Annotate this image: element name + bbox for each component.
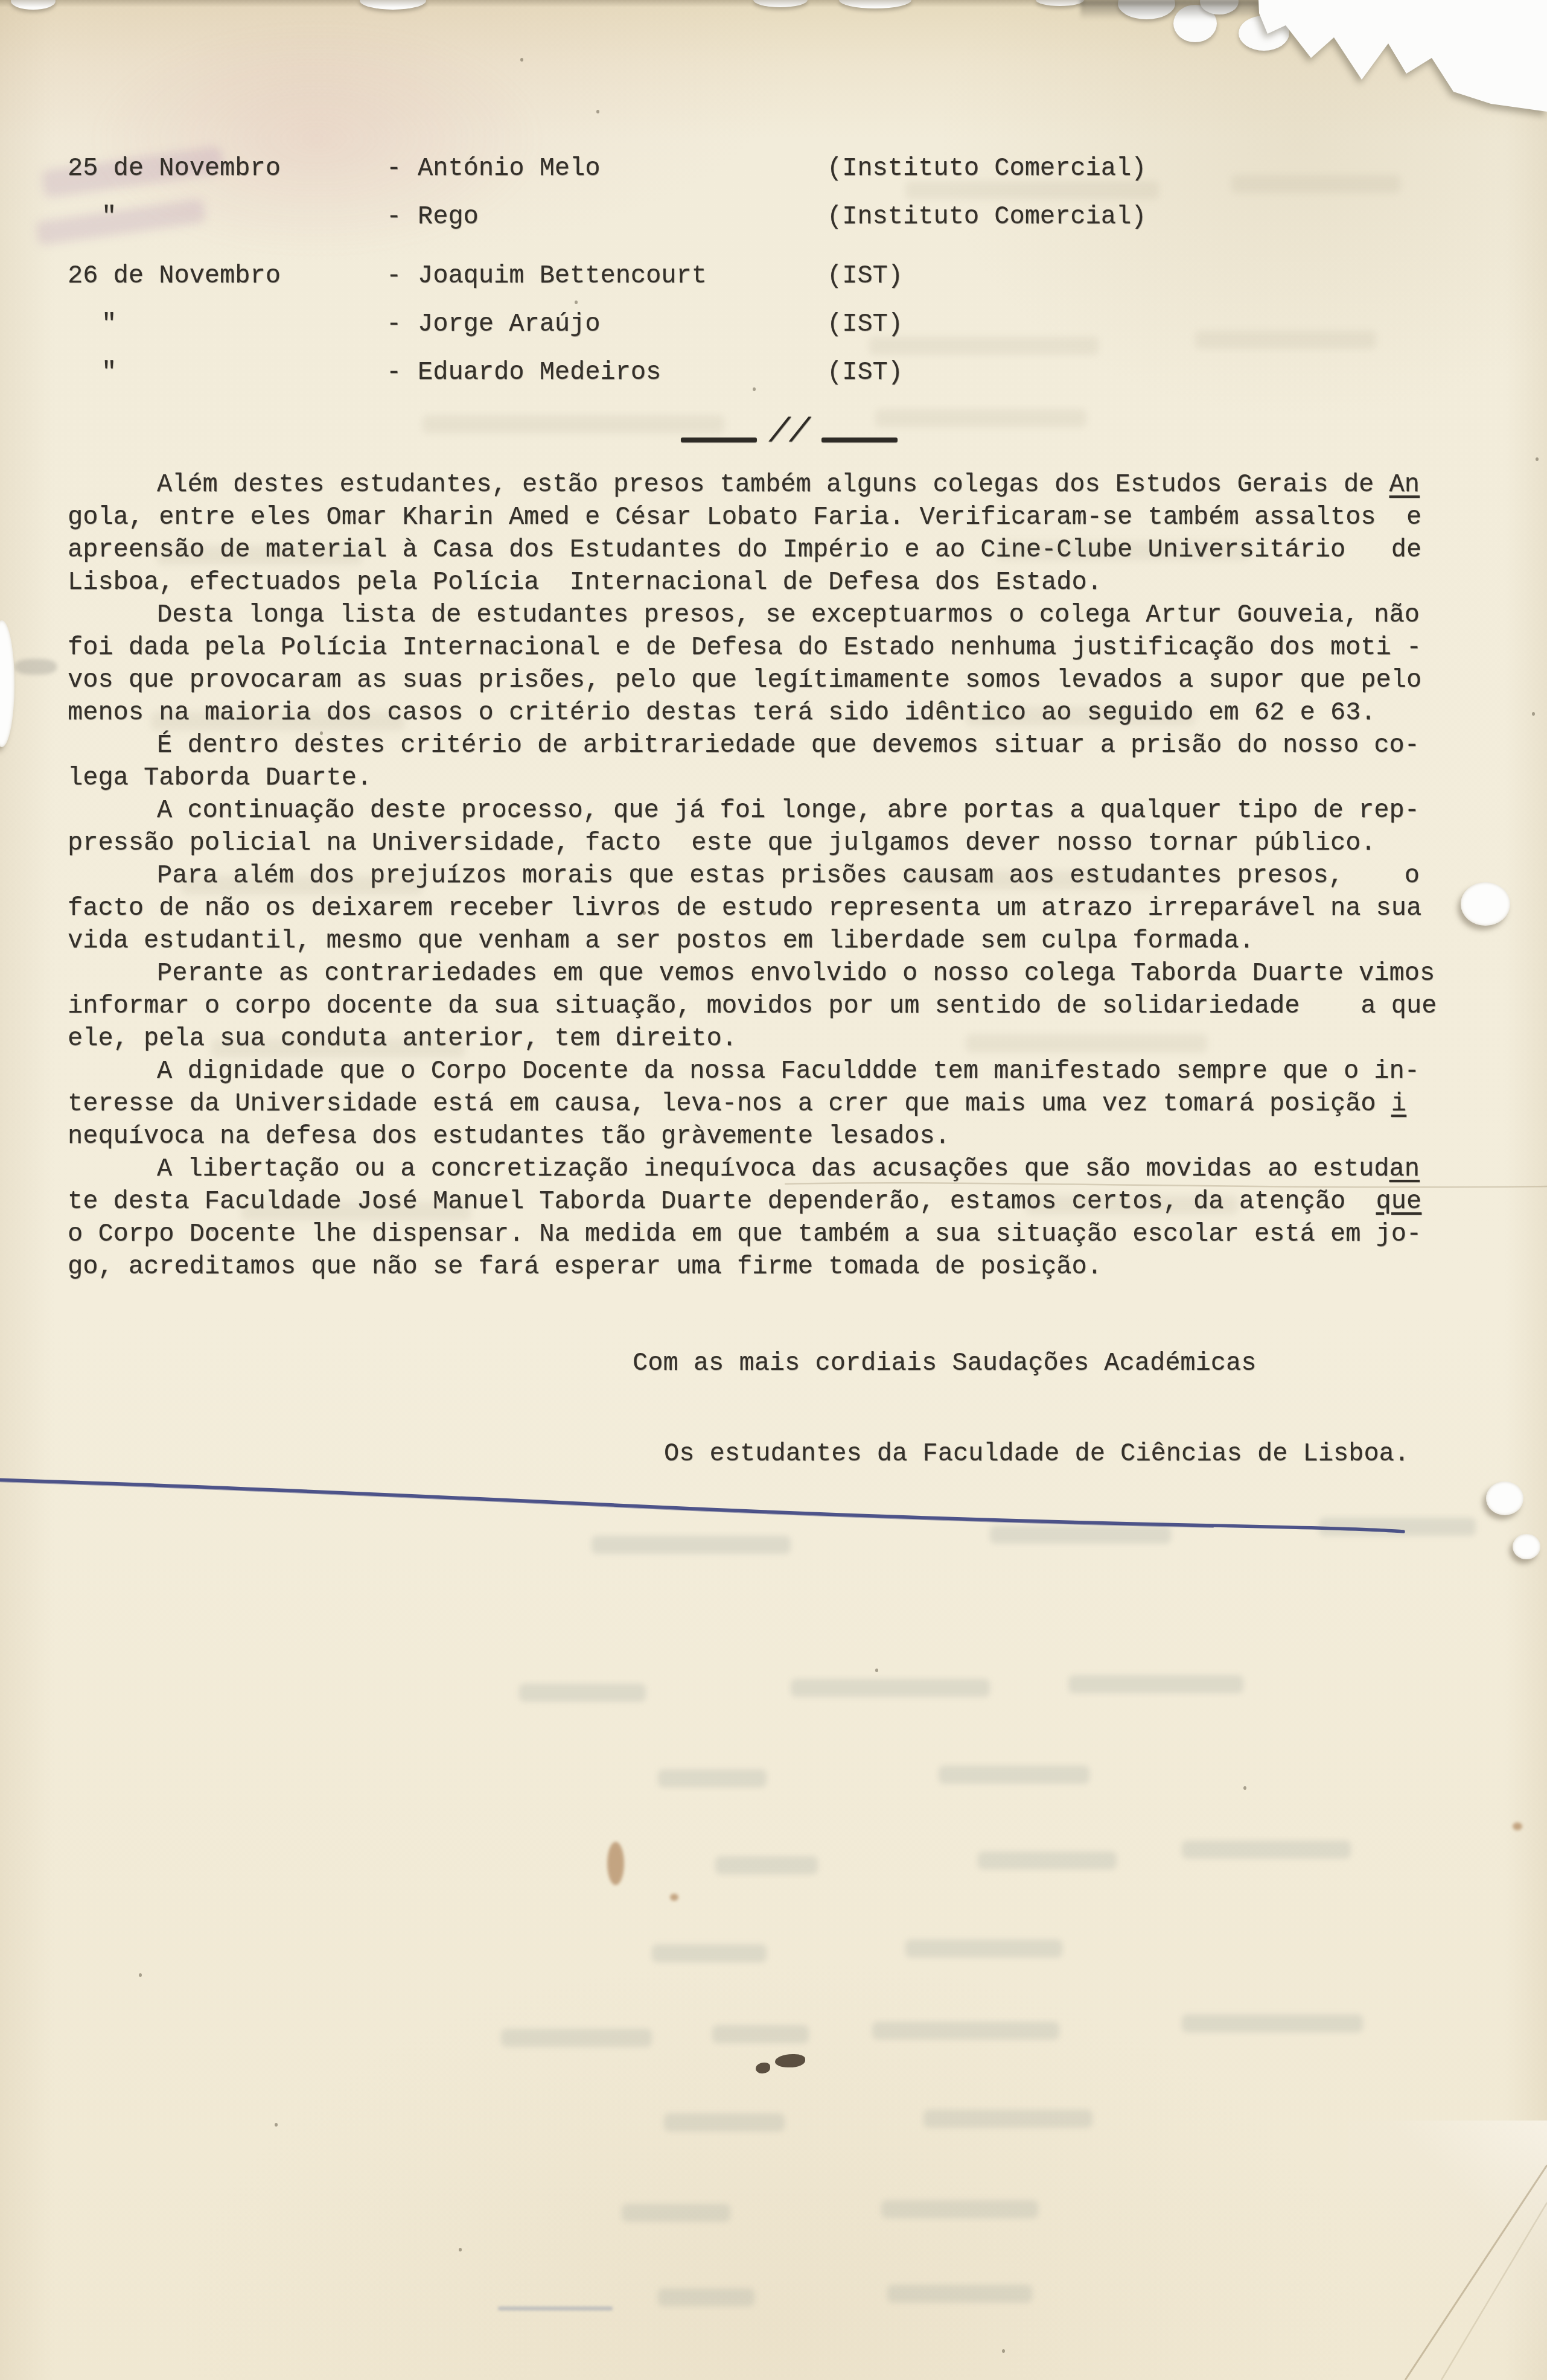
list-item: "-Jorge Araújo(IST) — [68, 308, 1468, 344]
list-item: 26 de Novembro-Joaquim Bettencourt(IST) — [68, 259, 1468, 296]
bleed-through-mark — [872, 2022, 1059, 2040]
bleed-through-mark — [1182, 2014, 1363, 2032]
text-line: É dentro destes critério de arbitrarieda… — [68, 729, 1438, 762]
dash: - — [386, 356, 401, 389]
text-line: teresse da Universidade está em causa, l… — [68, 1087, 1438, 1120]
institution-cell: (Instituto Comercial) — [827, 152, 1146, 185]
paper-speck — [1536, 457, 1539, 461]
text-segment: vos que provocaram as suas prisões, pelo… — [68, 666, 1421, 695]
paragraph: A continuação deste processo, que já foi… — [68, 794, 1438, 859]
bleed-through-mark — [592, 1536, 791, 1554]
name-cell: Rego — [418, 200, 479, 233]
letter-body: Além destes estudantes, estão presos tam… — [68, 468, 1438, 1283]
underlined-text: que — [1376, 1187, 1422, 1216]
dash: - — [386, 259, 401, 292]
text-line: Lisboa, efectuados pela Polícia Internac… — [68, 566, 1438, 599]
text-segment: gola, entre eles Omar Kharin Amed e Césa… — [68, 503, 1421, 532]
bleed-through-mark — [423, 415, 724, 433]
bleed-through-mark — [923, 2110, 1092, 2128]
text-segment: Para além dos prejuízos morais que estas… — [157, 861, 1420, 890]
institution-cell: (IST) — [827, 356, 903, 389]
bleed-through-mark — [715, 1856, 818, 1874]
text-segment: apreensão de material à Casa dos Estudan… — [68, 535, 1421, 564]
divider-slashes: // — [765, 415, 814, 449]
text-segment: A libertação ou a concretização inequívo… — [157, 1154, 1389, 1183]
stain — [1513, 1822, 1522, 1830]
paper-speck — [459, 2248, 462, 2251]
text-line: A dignidade que o Corpo Docente da nossa… — [68, 1055, 1438, 1087]
text-segment: É dentro destes critério de arbitrarieda… — [157, 731, 1420, 760]
bleed-through-mark — [939, 1766, 1089, 1784]
text-segment: Lisboa, efectuados pela Polícia Internac… — [68, 568, 1102, 597]
text-line: menos na maioria dos casos o critério de… — [68, 696, 1438, 729]
ditto-mark: " — [101, 308, 116, 340]
paper-speck — [596, 110, 599, 113]
text-segment: A dignidade que o Corpo Docente da nossa… — [157, 1057, 1420, 1086]
ink-blot — [775, 2054, 805, 2067]
text-line: nequívoca na defesa dos estudantes tão g… — [68, 1120, 1438, 1153]
text-segment: ele, pela sua conduta anterior, tem dire… — [68, 1024, 737, 1053]
divider-bar-left — [681, 437, 757, 442]
section-divider: // — [681, 415, 898, 449]
bleed-through-mark — [990, 1526, 1171, 1544]
text-segment: informar o corpo docente da sua situação… — [68, 991, 1437, 1020]
bleed-through-mark — [978, 1851, 1117, 1869]
dash: - — [386, 152, 401, 185]
text-segment: go, acreditamos que não se fará esperar … — [68, 1252, 1102, 1281]
underlined-text: An — [1389, 470, 1420, 499]
bleed-through-mark — [1319, 1518, 1476, 1536]
bleed-through-mark — [875, 409, 1086, 427]
bleed-through-mark — [881, 2200, 1038, 2218]
text-segment: vida estudantil, mesmo que venham a ser … — [68, 926, 1254, 955]
paper-speck — [1002, 2349, 1005, 2353]
paper-tear-notch — [0, 620, 14, 747]
name-cell: Joaquim Bettencourt — [418, 259, 707, 292]
ditto-mark: " — [101, 356, 116, 389]
bleed-through-mark — [501, 2029, 652, 2047]
document-page: 25 de Novembro-António Melo(Instituto Co… — [0, 0, 1547, 2380]
text-line: Para além dos prejuízos morais que estas… — [68, 859, 1438, 892]
paper-speck — [275, 2123, 278, 2127]
text-line: vos que provocaram as suas prisões, pelo… — [68, 664, 1438, 696]
underlined-text: i — [1391, 1089, 1406, 1118]
bleed-through-mark — [887, 2285, 1032, 2303]
blue-pen-line — [0, 1480, 1403, 1532]
stain — [670, 1894, 678, 1901]
paragraph: A dignidade que o Corpo Docente da nossa… — [68, 1055, 1438, 1153]
paper-speck — [1243, 1786, 1246, 1790]
text-segment: te desta Faculdade José Manuel Taborda D… — [68, 1187, 1376, 1216]
ink-blot — [756, 2063, 770, 2073]
text-segment: menos na maioria dos casos o critério de… — [68, 698, 1376, 727]
paragraph: Desta longa lista de estudantes presos, … — [68, 599, 1438, 729]
list-item: "-Rego(Instituto Comercial) — [68, 200, 1468, 237]
text-segment: teresse da Universidade está em causa, l… — [68, 1089, 1391, 1118]
date-cell: 25 de Novembro — [68, 152, 281, 185]
ditto-mark: " — [101, 200, 116, 233]
text-line: Além destes estudantes, estão presos tam… — [68, 468, 1438, 501]
bleed-through-mark — [652, 1944, 767, 1962]
bleed-through-underline — [498, 2306, 613, 2311]
paper-speck — [875, 1669, 878, 1672]
text-line: A continuação deste processo, que já foi… — [68, 794, 1438, 827]
name-cell: Eduardo Medeiros — [418, 356, 661, 389]
dash: - — [386, 200, 401, 233]
bleed-through-mark — [519, 1684, 646, 1702]
bleed-through-mark — [664, 2113, 785, 2131]
institution-cell: (IST) — [827, 259, 903, 292]
bleed-through-mark — [1182, 1841, 1351, 1859]
text-segment: pressão policial na Universidade, facto … — [68, 829, 1376, 857]
text-segment: o Corpo Docente lhe dispensar. Na medida… — [68, 1220, 1421, 1249]
text-segment: facto de não os deixarem receber livros … — [68, 894, 1421, 923]
bleed-through-mark — [791, 1679, 990, 1697]
text-line: Desta longa lista de estudantes presos, … — [68, 599, 1438, 631]
bleed-through-mark — [658, 1769, 767, 1787]
paper-speck — [520, 58, 523, 62]
list-item: "-Eduardo Medeiros(IST) — [68, 356, 1468, 392]
text-line: gola, entre eles Omar Kharin Amed e Césa… — [68, 501, 1438, 533]
bleed-through-mark — [905, 1939, 1062, 1958]
text-segment: lega Taborda Duarte. — [68, 763, 372, 792]
name-cell: Jorge Araújo — [418, 308, 600, 340]
paragraph: Perante as contrariedades em que vemos e… — [68, 957, 1438, 1055]
text-line: o Corpo Docente lhe dispensar. Na medida… — [68, 1218, 1438, 1250]
detainee-list: 25 de Novembro-António Melo(Instituto Co… — [68, 152, 1468, 412]
text-segment: Além destes estudantes, estão presos tam… — [157, 470, 1389, 499]
paragraph: É dentro destes critério de arbitrarieda… — [68, 729, 1438, 794]
pencil-smudge — [14, 659, 57, 675]
paragraph: Para além dos prejuízos morais que estas… — [68, 859, 1438, 957]
text-line: vida estudantil, mesmo que venham a ser … — [68, 924, 1438, 957]
text-segment: Perante as contrariedades em que vemos e… — [157, 959, 1435, 988]
underlined-text: an — [1389, 1154, 1420, 1183]
closing-signature: Os estudantes da Faculdade de Ciências d… — [664, 1437, 1409, 1470]
institution-cell: (Instituto Comercial) — [827, 200, 1146, 233]
text-line: lega Taborda Duarte. — [68, 762, 1438, 794]
paragraph: A libertação ou a concretização inequívo… — [68, 1153, 1438, 1283]
bleed-through-mark — [658, 2288, 754, 2306]
blue-pen-line-echo — [0, 1481, 1213, 1527]
text-line: pressão policial na Universidade, facto … — [68, 827, 1438, 859]
paper-hole — [1461, 882, 1510, 926]
bleed-through-mark — [712, 2025, 809, 2043]
text-line: informar o corpo docente da sua situação… — [68, 990, 1438, 1022]
text-line: go, acreditamos que não se fará esperar … — [68, 1250, 1438, 1283]
closing-salutation: Com as mais cordiais Saudações Académica… — [633, 1347, 1256, 1379]
paper-hole — [1513, 1534, 1540, 1559]
text-line: te desta Faculdade José Manuel Taborda D… — [68, 1185, 1438, 1218]
bleed-through-mark — [622, 2204, 730, 2222]
bottom-right-fold — [1348, 2121, 1547, 2380]
text-line: A libertação ou a concretização inequívo… — [68, 1153, 1438, 1185]
text-line: apreensão de material à Casa dos Estudan… — [68, 533, 1438, 566]
list-item: 25 de Novembro-António Melo(Instituto Co… — [68, 152, 1468, 188]
text-line: facto de não os deixarem receber livros … — [68, 892, 1438, 924]
text-segment: Desta longa lista de estudantes presos, … — [157, 600, 1420, 629]
paper-speck — [1532, 712, 1535, 716]
text-line: Perante as contrariedades em que vemos e… — [68, 957, 1438, 990]
paper-speck — [139, 1973, 142, 1977]
text-segment: foi dada pela Polícia Internacional e de… — [68, 633, 1421, 662]
institution-cell: (IST) — [827, 308, 903, 340]
date-cell: 26 de Novembro — [68, 259, 281, 292]
text-line: foi dada pela Polícia Internacional e de… — [68, 631, 1438, 664]
paper-hole — [1486, 1481, 1523, 1515]
name-cell: António Melo — [418, 152, 600, 185]
stain — [607, 1842, 624, 1885]
divider-bar-right — [821, 437, 898, 442]
text-segment: A continuação deste processo, que já foi… — [157, 796, 1420, 825]
dash: - — [386, 308, 401, 340]
bleed-through-mark — [1068, 1675, 1243, 1693]
text-line: ele, pela sua conduta anterior, tem dire… — [68, 1022, 1438, 1055]
paragraph: Além destes estudantes, estão presos tam… — [68, 468, 1438, 599]
text-segment: nequívoca na defesa dos estudantes tão g… — [68, 1122, 950, 1151]
